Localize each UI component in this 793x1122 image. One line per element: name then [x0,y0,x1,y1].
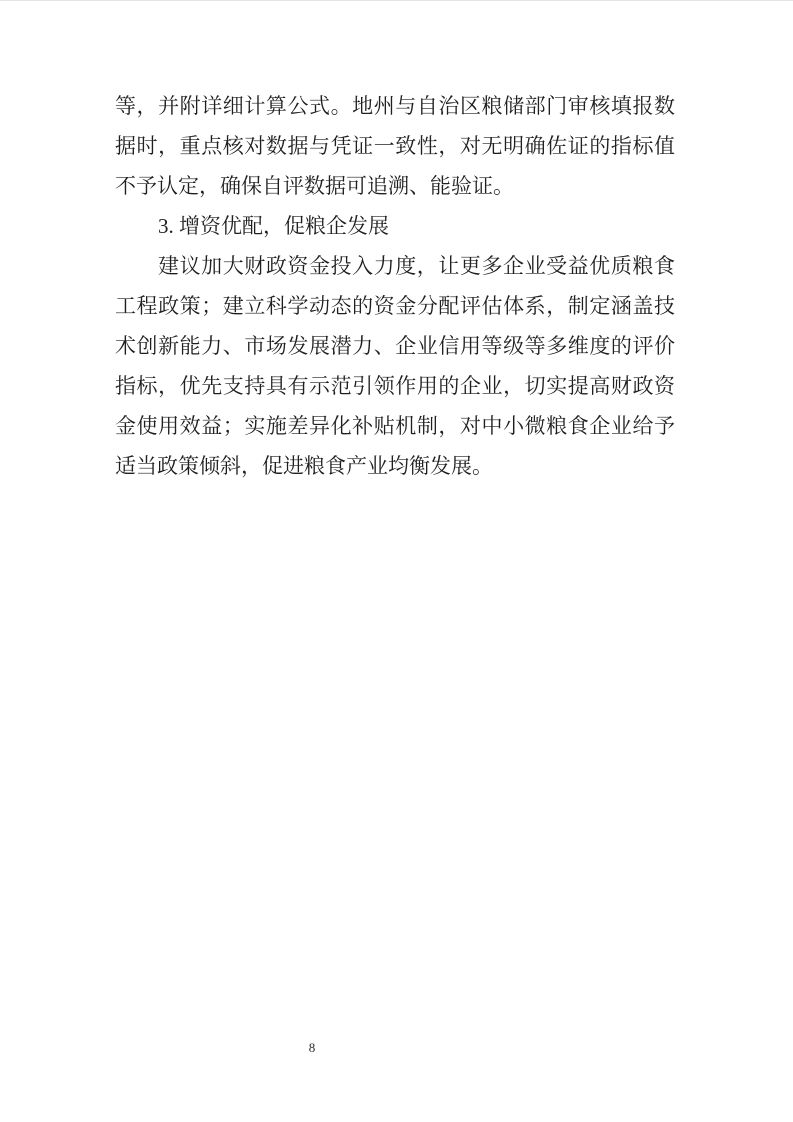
paragraph-2-line-4: 指标，优先支持具有示范引领作用的企业，切实提高财政资 [115,366,675,406]
document-text-block: 等，并附详细计算公式。地州与自治区粮储部门审核填报数 据时，重点核对数据与凭证一… [115,86,675,486]
page-number: 8 [300,1039,324,1057]
section-heading: 3. 增资优配，促粮企发展 [115,206,675,246]
paragraph-2-line-5: 金使用效益；实施差异化补贴机制，对中小微粮食企业给予 [115,406,675,446]
document-page: 等，并附详细计算公式。地州与自治区粮储部门审核填报数 据时，重点核对数据与凭证一… [0,0,793,1122]
paragraph-2-line-2: 工程政策；建立科学动态的资金分配评估体系，制定涵盖技 [115,286,675,326]
paragraph-1-line-3: 不予认定，确保自评数据可追溯、能验证。 [115,166,675,206]
paragraph-1-line-1: 等，并附详细计算公式。地州与自治区粮储部门审核填报数 [115,86,675,126]
paragraph-2-line-1: 建议加大财政资金投入力度，让更多企业受益优质粮食 [115,246,675,286]
paragraph-2-line-6: 适当政策倾斜，促进粮食产业均衡发展。 [115,446,675,486]
paragraph-1-line-2: 据时，重点核对数据与凭证一致性，对无明确佐证的指标值 [115,126,675,166]
paragraph-2-line-3: 术创新能力、市场发展潜力、企业信用等级等多维度的评价 [115,326,675,366]
